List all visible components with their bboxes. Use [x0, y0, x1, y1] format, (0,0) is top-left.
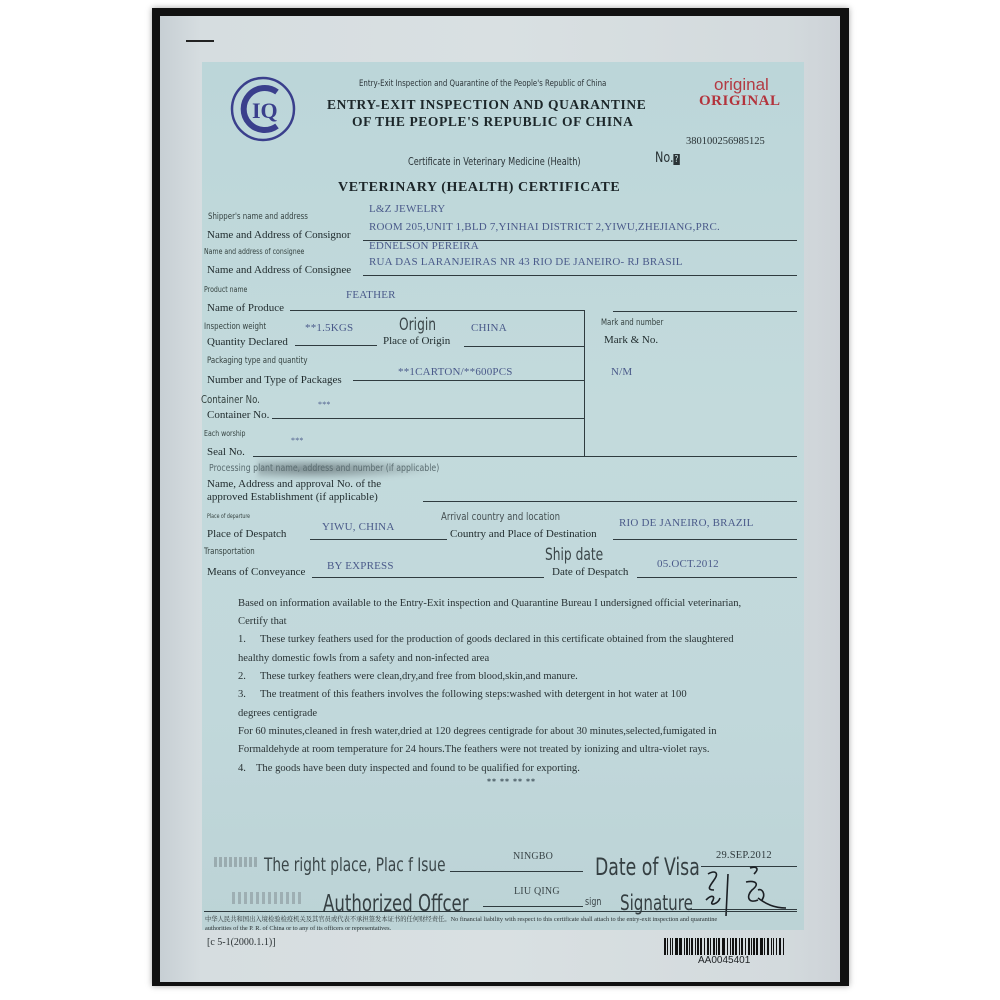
barcode-bar [753, 938, 755, 955]
container-label: Container No. [207, 409, 269, 421]
destination-label: Country and Place of Destination [450, 528, 597, 540]
barcode [664, 938, 784, 955]
consignor-label: Name and Address of Consignor [207, 229, 351, 241]
mark-hint: Mark and number [601, 318, 663, 328]
barcode-bar [730, 938, 731, 955]
barcode-bar [667, 938, 668, 955]
barcode-bar [756, 938, 758, 955]
barcode-bar [776, 938, 778, 955]
barcode-bar [718, 938, 720, 955]
consignee-label: Name and Address of Consignee [207, 264, 351, 276]
barcode-bar [716, 938, 717, 955]
despatch-place-value: YIWU, CHINA [322, 521, 394, 533]
barcode-bar [695, 938, 697, 955]
origin-hint: Origin [399, 315, 436, 335]
barcode-bar [700, 938, 702, 955]
despatch-place-line [310, 539, 447, 540]
destination-hint: Arrival country and location [441, 510, 560, 523]
consignee-line [363, 275, 797, 276]
establishment-label-2: approved Establishment (if applicable) [207, 491, 378, 503]
barcode-bar [761, 938, 763, 955]
visa-date-label: Date of Visa [595, 853, 700, 881]
container-hint: Container No. [201, 393, 260, 406]
barcode-bar [727, 938, 728, 955]
form-code: [c 5-1(2000.1.1)] [207, 937, 276, 948]
issue-place-line [450, 871, 583, 872]
certificate-title: VETERINARY (HEALTH) CERTIFICATE [338, 180, 620, 196]
establishment-label-1: Name, Address and approval No. of the [207, 478, 381, 490]
barcode-bar [767, 938, 769, 955]
seal-value: *** [291, 436, 304, 445]
consignee-hint: Name and address of consignee [204, 247, 304, 256]
sign-hint: sign [585, 895, 601, 908]
cert-item-4: 4.The goods have been duty inspected and… [238, 763, 580, 774]
consignor-hint: Shipper's name and address [208, 212, 308, 222]
barcode-bar [764, 938, 766, 955]
seal-line [253, 456, 797, 457]
destination-line [613, 539, 797, 540]
barcode-bar [680, 938, 682, 955]
barcode-bar [732, 938, 734, 955]
cert-item-3: 3.The treatment of this feathers involve… [238, 689, 687, 700]
container-value: *** [318, 400, 331, 409]
cert-item-3-cont: degrees centigrade [238, 708, 317, 719]
container-line [272, 418, 584, 419]
seal-label: Seal No. [207, 446, 245, 458]
original-label-small: original [714, 75, 769, 95]
barcode-bar [745, 938, 746, 955]
mark-value: N/M [611, 366, 632, 378]
quantity-value: **1.5KGS [305, 322, 353, 334]
quantity-hint: Inspection weight [204, 322, 266, 332]
ciq-logo-icon: IQ [230, 76, 296, 142]
barcode-bar [672, 938, 673, 955]
barcode-bar [741, 938, 742, 955]
barcode-bar [739, 938, 741, 955]
header-title-line1: ENTRY-EXIT INSPECTION AND QUARANTINE [327, 97, 646, 113]
certificate-type-label: Certificate in Veterinary Medicine (Heal… [408, 156, 581, 168]
barcode-bar [670, 938, 671, 955]
issue-place-value: NINGBO [513, 851, 553, 862]
despatch-date-label: Date of Despatch [552, 566, 628, 578]
seal-hint: Each worship [204, 429, 246, 438]
barcode-bar [751, 938, 752, 955]
faded-chinese-label-place [214, 857, 259, 867]
cert-item-1: 1.These turkey feathers used for the pro… [238, 634, 734, 645]
header-subtitle: Entry-Exit Inspection and Quarantine of … [359, 79, 606, 89]
footer-divider [204, 911, 797, 912]
cert-paragraph-2: Formaldehyde at room temperature for 24 … [238, 744, 710, 755]
despatch-date-hint: Ship date [545, 545, 603, 565]
barcode-bar [664, 938, 666, 955]
despatch-date-value: 05.OCT.2012 [657, 558, 719, 570]
barcode-bar [748, 938, 749, 955]
officer-line [483, 906, 583, 907]
original-label-big: ORIGINAL [699, 93, 781, 110]
barcode-bar [779, 938, 780, 955]
faded-chinese-label-officer [232, 892, 302, 904]
consignor-name: L&Z JEWELRY [369, 203, 445, 215]
conveyance-value: BY EXPRESS [327, 560, 394, 572]
barcode-bar [771, 938, 772, 955]
destination-value: RIO DE JANEIRO, BRAZIL [619, 517, 754, 529]
barcode-number: AA0045401 [698, 955, 750, 966]
barcode-bar [691, 938, 693, 955]
disclaimer-line-1: 中华人民共和国出入境检验检疫机关及其官员或代表不承担签发本证书的任何财经责任。N… [205, 914, 717, 923]
consignee-address: RUA DAS LARANJEIRAS NR 43 RIO DE JANEIRO… [369, 256, 683, 268]
cert-end-mark: ** ** ** ** [487, 777, 536, 786]
origin-value: CHINA [471, 322, 507, 334]
barcode-bar [689, 938, 690, 955]
certificate-number-label: No.? [655, 150, 679, 166]
svg-text:IQ: IQ [252, 98, 278, 123]
certificate-number-value: ? [674, 154, 680, 165]
origin-label: Place of Origin [383, 335, 450, 347]
despatch-place-hint: Place of departure [207, 513, 250, 520]
barcode-bar [707, 938, 709, 955]
conveyance-line [312, 577, 544, 578]
barcode-bar [723, 938, 725, 955]
origin-line [464, 346, 584, 347]
cert-intro: Based on information available to the En… [238, 598, 741, 609]
establishment-line [423, 501, 797, 502]
produce-line [290, 310, 585, 311]
barcode-bar [675, 938, 676, 955]
barcode-bar [686, 938, 688, 955]
cert-item-1-cont: healthy domestic fowls from a safety and… [238, 653, 489, 664]
cert-paragraph-1: For 60 minutes,cleaned in fresh water,dr… [238, 726, 717, 737]
column-divider [584, 311, 585, 456]
issue-place-label: The right place, Plac f Isue [264, 854, 446, 876]
barcode-bar [679, 938, 680, 955]
serial-number: 380100256985125 [686, 136, 765, 147]
barcode-bar [697, 938, 699, 955]
officer-value: LIU QING [514, 886, 560, 897]
barcode-bar [773, 938, 774, 955]
barcode-bar [713, 938, 715, 955]
disclaimer-line-2: authorities of the P. R. of China or to … [205, 925, 391, 932]
barcode-bar [676, 938, 677, 955]
establishment-hint: Processing plant name, address and numbe… [209, 463, 439, 474]
despatch-place-label: Place of Despatch [207, 528, 286, 540]
packages-value: **1CARTON/**600PCS [398, 366, 513, 378]
produce-hint: Product name [204, 285, 247, 294]
header-title-line2: OF THE PEOPLE'S REPUBLIC OF CHINA [352, 114, 633, 130]
barcode-bar [684, 938, 686, 955]
packages-label: Number and Type of Packages [207, 374, 342, 386]
consignor-address: ROOM 205,UNIT 1,BLD 7,YINHAI DISTRICT 2,… [369, 221, 720, 233]
consignee-name: EDNELSON PEREIRA [369, 240, 479, 252]
barcode-bar [704, 938, 706, 955]
pen-mark [186, 40, 214, 42]
despatch-date-line [637, 577, 797, 578]
barcode-bar [722, 938, 723, 955]
conveyance-label: Means of Conveyance [207, 566, 305, 578]
cert-certify: Certify that [238, 616, 287, 627]
packages-line [353, 380, 584, 381]
packages-hint: Packaging type and quantity [207, 356, 307, 366]
conveyance-hint: Transportation [204, 547, 255, 557]
mark-label: Mark & No. [604, 334, 658, 346]
produce-line-right [613, 311, 797, 312]
barcode-bar [735, 938, 737, 955]
produce-value: FEATHER [346, 289, 396, 301]
barcode-bar [783, 938, 784, 955]
barcode-bar [760, 938, 761, 955]
quantity-label: Quantity Declared [207, 336, 288, 348]
quantity-line [295, 345, 377, 346]
barcode-bar [749, 938, 750, 955]
cert-item-2: 2.These turkey feathers were clean,dry,a… [238, 671, 578, 682]
produce-label: Name of Produce [207, 302, 284, 314]
barcode-bar [710, 938, 711, 955]
